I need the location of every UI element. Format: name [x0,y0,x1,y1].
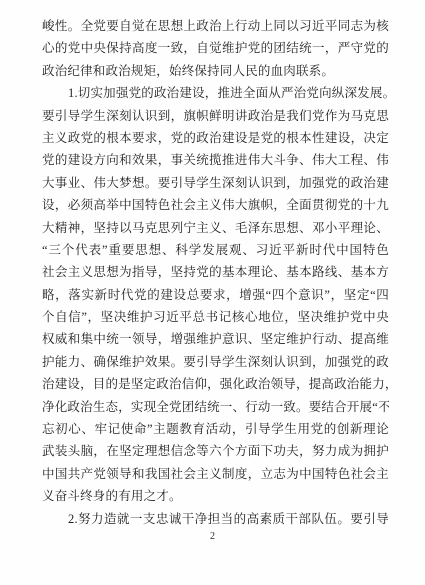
text-line: 中国共产党领导和我国社会主义制度，立志为中国特色社会主 [42,463,389,485]
text-line: 义奋斗终身的有用之才。 [42,485,389,507]
text-line: 主义政党的根本要求，党的政治建设是党的根本性建设，决定 [42,127,389,149]
text-line: 大事业、伟大梦想。要引导学生深刻认识到，加强党的政治建 [42,172,389,194]
text-line: 净化政治生态，实现全党团结统一、行动一致。要结合开展“不 [42,396,389,418]
text-line: 党的建设方向和效果，事关统揽推进伟大斗争、伟大工程、伟 [42,149,389,171]
document-body: 峻性。全党要自觉在思想上政治上行动上同以习近平同志为核心的党中央保持高度一致，自… [42,15,389,530]
text-line: 政治纪律和政治规矩，始终保持同人民的血肉联系。 [42,60,389,82]
text-line: 权威和集中统一领导，增强维护意识、坚定维护行动、提高维 [42,328,389,350]
text-line: 治建设，目的是坚定政治信仰，强化政治领导，提高政治能力， [42,373,389,395]
text-line: 大精神，坚持以马克思列宁主义、毛泽东思想、邓小平理论、 [42,217,389,239]
text-line: 1.切实加强党的政治建设，推进全面从严治党向纵深发展。 [42,82,389,104]
document-page: 峻性。全党要自觉在思想上政治上行动上同以习近平同志为核心的党中央保持高度一致，自… [0,0,425,585]
text-line: 忘初心、牢记使命”主题教育活动，引导学生用党的创新理论 [42,418,389,440]
text-line: 峻性。全党要自觉在思想上政治上行动上同以习近平同志为核 [42,15,389,37]
text-line: 武装头脑，在坚定理想信念等六个方面下功夫，努力成为拥护 [42,440,389,462]
text-line: 心的党中央保持高度一致，自觉维护党的团结统一，严守党的 [42,37,389,59]
text-line: 社会主义思想为指导，坚持党的基本理论、基本路线、基本方 [42,261,389,283]
text-line: “三个代表”重要思想、科学发展观、习近平新时代中国特色 [42,239,389,261]
text-line: 护能力、确保维护效果。要引导学生深刻认识到，加强党的政 [42,351,389,373]
page-number-footer: 2 [0,531,425,542]
text-line: 2.努力造就一支忠诚干净担当的高素质干部队伍。要引导 [42,508,389,530]
text-line: 设，必须高举中国特色社会主义伟大旗帜，全面贯彻党的十九 [42,194,389,216]
text-line: 略，落实新时代党的建设总要求，增强“四个意识”，坚定“四 [42,284,389,306]
text-line: 个自信”，坚决维护习近平总书记核心地位，坚决维护党中央 [42,306,389,328]
text-line: 要引导学生深刻认识到，旗帜鲜明讲政治是我们党作为马克思 [42,105,389,127]
